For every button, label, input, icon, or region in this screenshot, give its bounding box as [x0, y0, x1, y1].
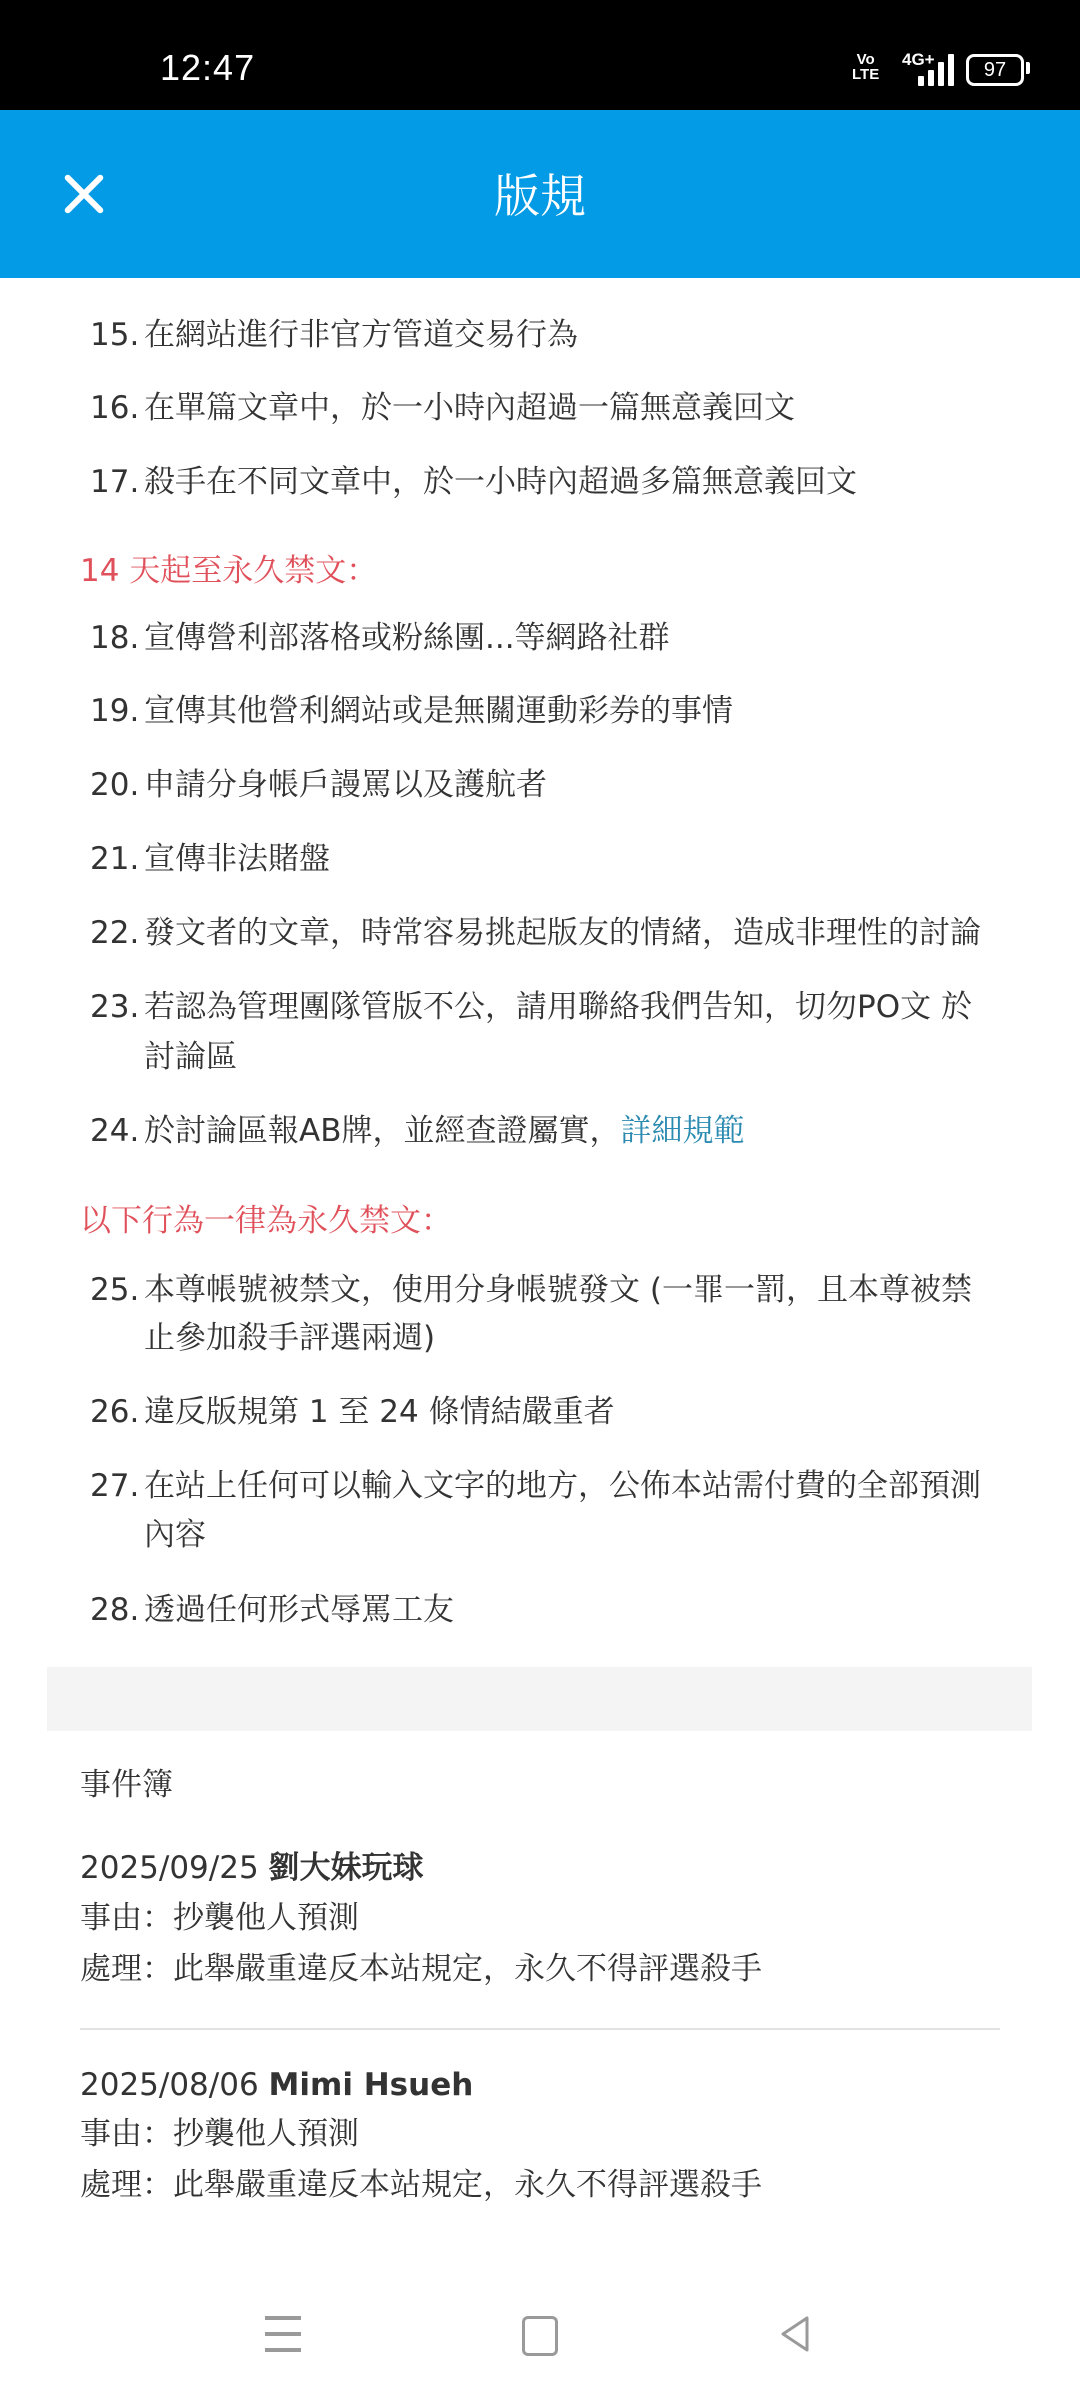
- section-heading-permanent: 以下行為一律為永久禁文：: [80, 1201, 452, 1241]
- incident-date: 2025/08/06: [80, 2067, 259, 2103]
- incidents-title: 事件簿: [80, 1765, 173, 1805]
- menu-icon[interactable]: [265, 2316, 301, 2352]
- incident-reason: 事由：抄襲他人預測: [80, 1898, 359, 1938]
- rule-text: 在單篇文章中，於一小時內超過一篇無意義回文: [144, 390, 795, 426]
- rule-item-25-continued: 止參加殺手評選兩週): [144, 1318, 435, 1358]
- rule-number: 21.: [90, 839, 144, 879]
- rule-number: 28.: [90, 1590, 144, 1630]
- incident-header: 2025/08/06 Mimi Hsueh: [80, 2065, 473, 2105]
- rule-text: 宣傳非法賭盤: [144, 841, 330, 877]
- rule-number: 20.: [90, 765, 144, 805]
- incident-user[interactable]: Mimi Hsueh: [269, 2067, 474, 2103]
- rule-text: 殺手在不同文章中，於一小時內超過多篇無意義回文: [144, 464, 857, 500]
- rule-item-17: 17.殺手在不同文章中，於一小時內超過多篇無意義回文: [90, 462, 857, 502]
- rule-item-23-continued: 討論區: [144, 1037, 237, 1077]
- rule-text: 違反版規第 1 至 24 條情結嚴重者: [144, 1394, 615, 1430]
- rule-number: 19.: [90, 691, 144, 731]
- incident-date: 2025/09/25: [80, 1850, 259, 1886]
- back-icon[interactable]: [775, 2314, 815, 2354]
- rule-text: 在站上任何可以輸入文字的地方，公佈本站需付費的全部預測: [144, 1468, 981, 1504]
- rule-item-26: 26.違反版規第 1 至 24 條情結嚴重者: [90, 1392, 615, 1432]
- status-time: 12:47: [160, 46, 255, 90]
- rule-item-27-continued: 內容: [144, 1515, 206, 1555]
- rule-item-27: 27.在站上任何可以輸入文字的地方，公佈本站需付費的全部預測: [90, 1466, 981, 1506]
- rule-number: 17.: [90, 462, 144, 502]
- incident-reason: 事由：抄襲他人預測: [80, 2114, 359, 2154]
- rule-number: 18.: [90, 618, 144, 658]
- rule-number: 25.: [90, 1270, 144, 1310]
- incident-user[interactable]: 劉大妹玩球: [269, 1850, 424, 1886]
- incident-header: 2025/09/25 劉大妹玩球: [80, 1848, 424, 1888]
- volte-icon: Vo LTE: [852, 52, 879, 82]
- rule-text: 宣傳其他營利網站或是無關運動彩券的事情: [144, 693, 733, 729]
- volte-bottom: LTE: [852, 67, 879, 82]
- rule-text: 在網站進行非官方管道交易行為: [144, 317, 578, 353]
- rule-text: 申請分身帳戶謾罵以及護航者: [144, 767, 547, 803]
- rule-number: 26.: [90, 1392, 144, 1432]
- system-nav-bar: [0, 2270, 1080, 2400]
- app-header: 版規: [0, 110, 1080, 278]
- volte-top: Vo: [852, 52, 879, 67]
- status-bar: 12:47 Vo LTE 4G+ 97: [0, 0, 1080, 110]
- rule-number: 22.: [90, 913, 144, 953]
- status-icons: Vo LTE 4G+ 97: [830, 48, 1080, 88]
- rules-content[interactable]: 15.在網站進行非官方管道交易行為 16.在單篇文章中，於一小時內超過一篇無意義…: [0, 278, 1080, 2158]
- rule-number: 16.: [90, 388, 144, 428]
- rule-number: 23.: [90, 987, 144, 1027]
- rule-item-18: 18.宣傳營利部落格或粉絲團...等網路社群: [90, 618, 670, 658]
- rule-text: 本尊帳號被禁文，使用分身帳號發文 (一罪一罰，且本尊被禁: [144, 1272, 972, 1308]
- incident-divider: [80, 2028, 1000, 2030]
- rule-number: 24.: [90, 1111, 144, 1151]
- rule-text: 若認為管理團隊管版不公，請用聯絡我們告知，切勿PO文 於: [144, 989, 972, 1025]
- rule-item-19: 19.宣傳其他營利網站或是無關運動彩券的事情: [90, 691, 733, 731]
- rule-text: 宣傳營利部落格或粉絲團...等網路社群: [144, 620, 670, 656]
- section-heading-14-days: 14 天起至永久禁文：: [80, 551, 377, 591]
- rule-item-15: 15.在網站進行非官方管道交易行為: [90, 315, 578, 355]
- rule-item-28: 28.透過任何形式辱罵工友: [90, 1590, 454, 1630]
- rule-text: 發文者的文章，時常容易挑起版友的情緒，造成非理性的討論: [144, 915, 981, 951]
- detailed-rules-link[interactable]: 詳細規範: [620, 1113, 744, 1149]
- incident-action: 處理：此舉嚴重違反本站規定，永久不得評選殺手: [80, 1949, 762, 1989]
- rule-item-16: 16.在單篇文章中，於一小時內超過一篇無意義回文: [90, 388, 795, 428]
- rule-item-21: 21.宣傳非法賭盤: [90, 839, 330, 879]
- section-separator: [47, 1667, 1032, 1731]
- signal-icon: [910, 54, 970, 86]
- page-title: 版規: [0, 168, 1080, 224]
- battery-tip: [1026, 62, 1030, 74]
- rule-item-24: 24.於討論區報AB牌，並經查證屬實，詳細規範: [90, 1111, 744, 1151]
- rule-text: 於討論區報AB牌，並經查證屬實，: [144, 1113, 620, 1149]
- battery-icon: 97: [966, 54, 1024, 86]
- incident-action: 處理：此舉嚴重違反本站規定，永久不得評選殺手: [80, 2165, 762, 2205]
- rule-item-25: 25.本尊帳號被禁文，使用分身帳號發文 (一罪一罰，且本尊被禁: [90, 1270, 972, 1310]
- rule-item-22: 22.發文者的文章，時常容易挑起版友的情緒，造成非理性的討論: [90, 913, 981, 953]
- rule-item-23: 23.若認為管理團隊管版不公，請用聯絡我們告知，切勿PO文 於: [90, 987, 972, 1027]
- rule-item-20: 20.申請分身帳戶謾罵以及護航者: [90, 765, 547, 805]
- rule-text: 透過任何形式辱罵工友: [144, 1592, 454, 1628]
- rule-number: 15.: [90, 315, 144, 355]
- home-icon[interactable]: [522, 2316, 558, 2356]
- rule-number: 27.: [90, 1466, 144, 1506]
